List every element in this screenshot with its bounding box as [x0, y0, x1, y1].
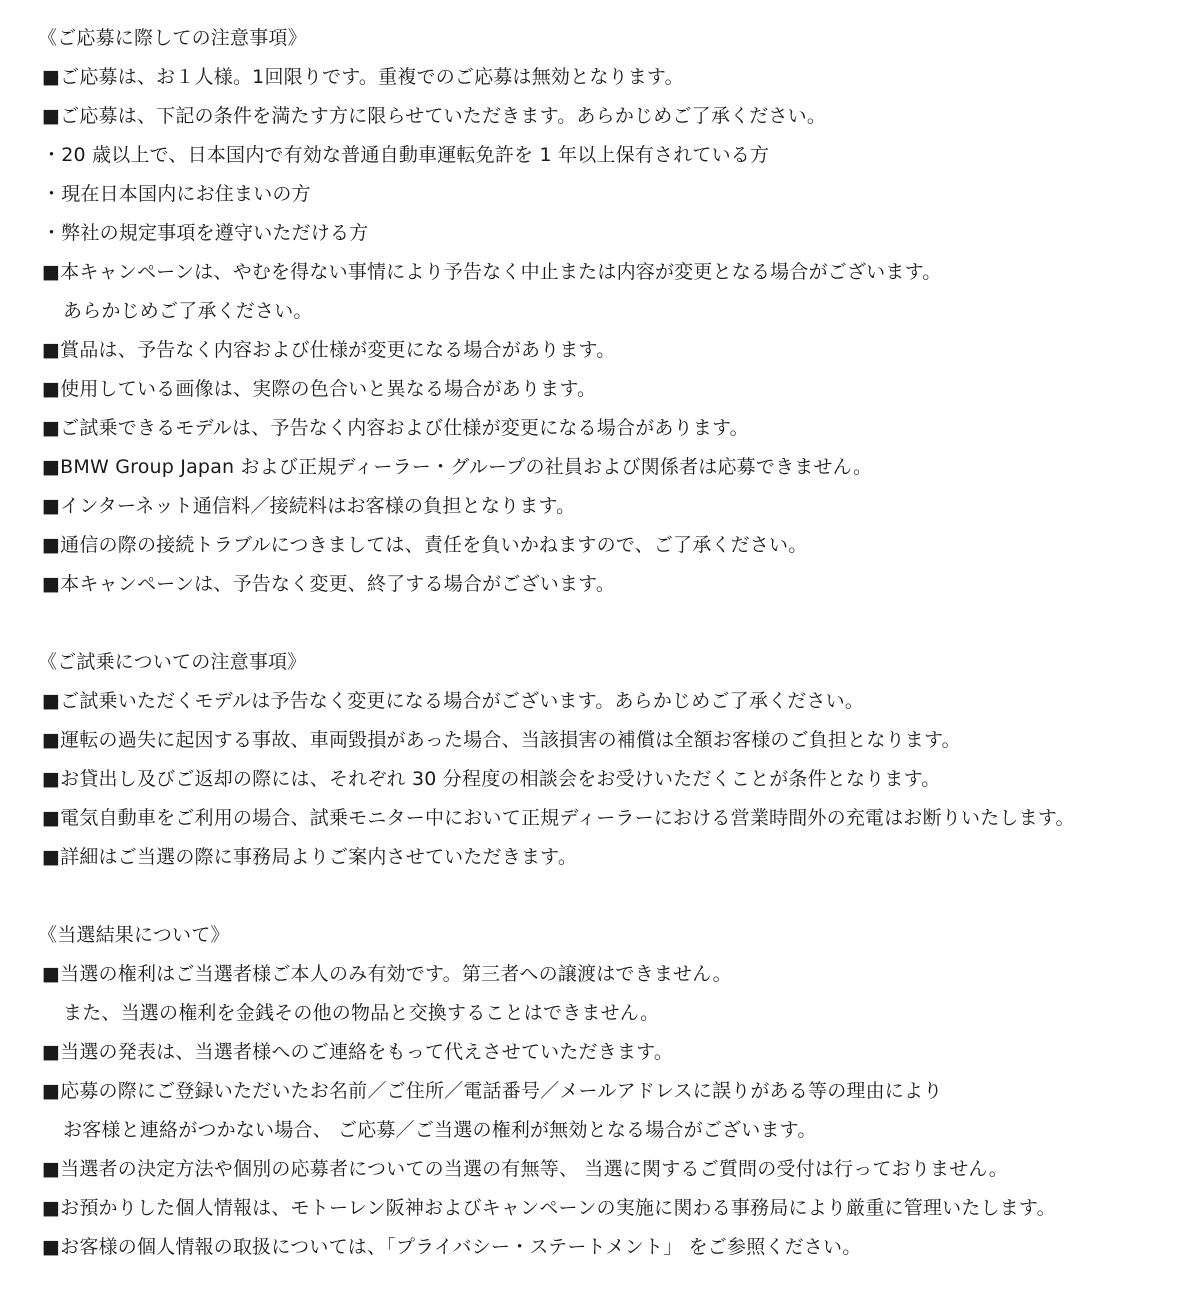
section-winner-results: 《当選結果について》 ■当選の権利はご当選者様ご本人のみ有効です。第三者への譲渡… [38, 916, 1200, 1267]
notice-item: ■お預かりした個人情報は、モトーレン阪神およびキャンペーンの実施に関わる事務局に… [38, 1189, 1200, 1228]
notice-item: ■電気自動車をご利用の場合、試乗モニター中において正規ディーラーにおける営業時間… [38, 799, 1200, 838]
notice-item: ■運転の過失に起因する事故、車両毀損があった場合、当該損害の補償は全額お客様のご… [38, 721, 1200, 760]
section-heading: 《ご試乗についての注意事項》 [38, 643, 1200, 682]
notice-item: ■ご試乗できるモデルは、予告なく内容および仕様が変更になる場合があります。 [38, 409, 1200, 448]
notice-item: ■本キャンペーンは、予告なく変更、終了する場合がございます。 [38, 565, 1200, 604]
notice-item: ■本キャンペーンは、やむを得ない事情により予告なく中止または内容が変更となる場合… [38, 253, 1200, 292]
notice-item: ■応募の際にご登録いただいたお名前／ご住所／電話番号／メールアドレスに誤りがある… [38, 1072, 1200, 1111]
notice-item: ■BMW Group Japan および正規ディーラー・グループの社員および関係… [38, 448, 1200, 487]
notice-item: ■ご試乗いただくモデルは予告なく変更になる場合がございます。あらかじめご了承くだ… [38, 682, 1200, 721]
notice-item: ■当選者の決定方法や個別の応募者についての当選の有無等、 当選に関するご質問の受… [38, 1150, 1200, 1189]
notice-item: ■当選の権利はご当選者様ご本人のみ有効です。第三者への譲渡はできません。 [38, 955, 1200, 994]
notice-item: ■お貸出し及びご返却の際には、それぞれ 30 分程度の相談会をお受けいただくこと… [38, 760, 1200, 799]
condition-item: ・20 歳以上で、日本国内で有効な普通自動車運転免許を 1 年以上保有されている… [38, 136, 1200, 175]
notice-item: ■当選の発表は、当選者様へのご連絡をもって代えさせていただきます。 [38, 1033, 1200, 1072]
notice-item-continuation: あらかじめご了承ください。 [38, 292, 1200, 331]
terms-document: 《ご応募に際しての注意事項》 ■ご応募は、お１人様。1回限りです。重複でのご応募… [0, 0, 1200, 1267]
notice-item: ■ご応募は、下記の条件を満たす方に限らせていただきます。あらかじめご了承ください… [38, 97, 1200, 136]
section-test-drive-notes: 《ご試乗についての注意事項》 ■ご試乗いただくモデルは予告なく変更になる場合がご… [38, 643, 1200, 877]
privacy-statement-notice: ■お客様の個人情報の取扱については、「プライバシー・ステートメント」 をご参照く… [38, 1228, 1200, 1267]
notice-item: ■使用している画像は、実際の色合いと異なる場合があります。 [38, 370, 1200, 409]
condition-item: ・現在日本国内にお住まいの方 [38, 175, 1200, 214]
notice-item: ■インターネット通信料／接続料はお客様の負担となります。 [38, 487, 1200, 526]
notice-item: ■通信の際の接続トラブルにつきましては、責任を負いかねますので、ご了承ください。 [38, 526, 1200, 565]
notice-item: ■詳細はご当選の際に事務局よりご案内させていただきます。 [38, 838, 1200, 877]
section-heading: 《当選結果について》 [38, 916, 1200, 955]
condition-item: ・弊社の規定事項を遵守いただける方 [38, 214, 1200, 253]
notice-item-continuation: お客様と連絡がつかない場合、 ご応募／ご当選の権利が無効となる場合がございます。 [38, 1111, 1200, 1150]
notice-item-continuation: また、当選の権利を金銭その他の物品と交換することはできません。 [38, 994, 1200, 1033]
notice-item: ■ご応募は、お１人様。1回限りです。重複でのご応募は無効となります。 [38, 58, 1200, 97]
section-heading: 《ご応募に際しての注意事項》 [38, 19, 1200, 58]
notice-item: ■賞品は、予告なく内容および仕様が変更になる場合があります。 [38, 331, 1200, 370]
section-application-notes: 《ご応募に際しての注意事項》 ■ご応募は、お１人様。1回限りです。重複でのご応募… [38, 19, 1200, 604]
